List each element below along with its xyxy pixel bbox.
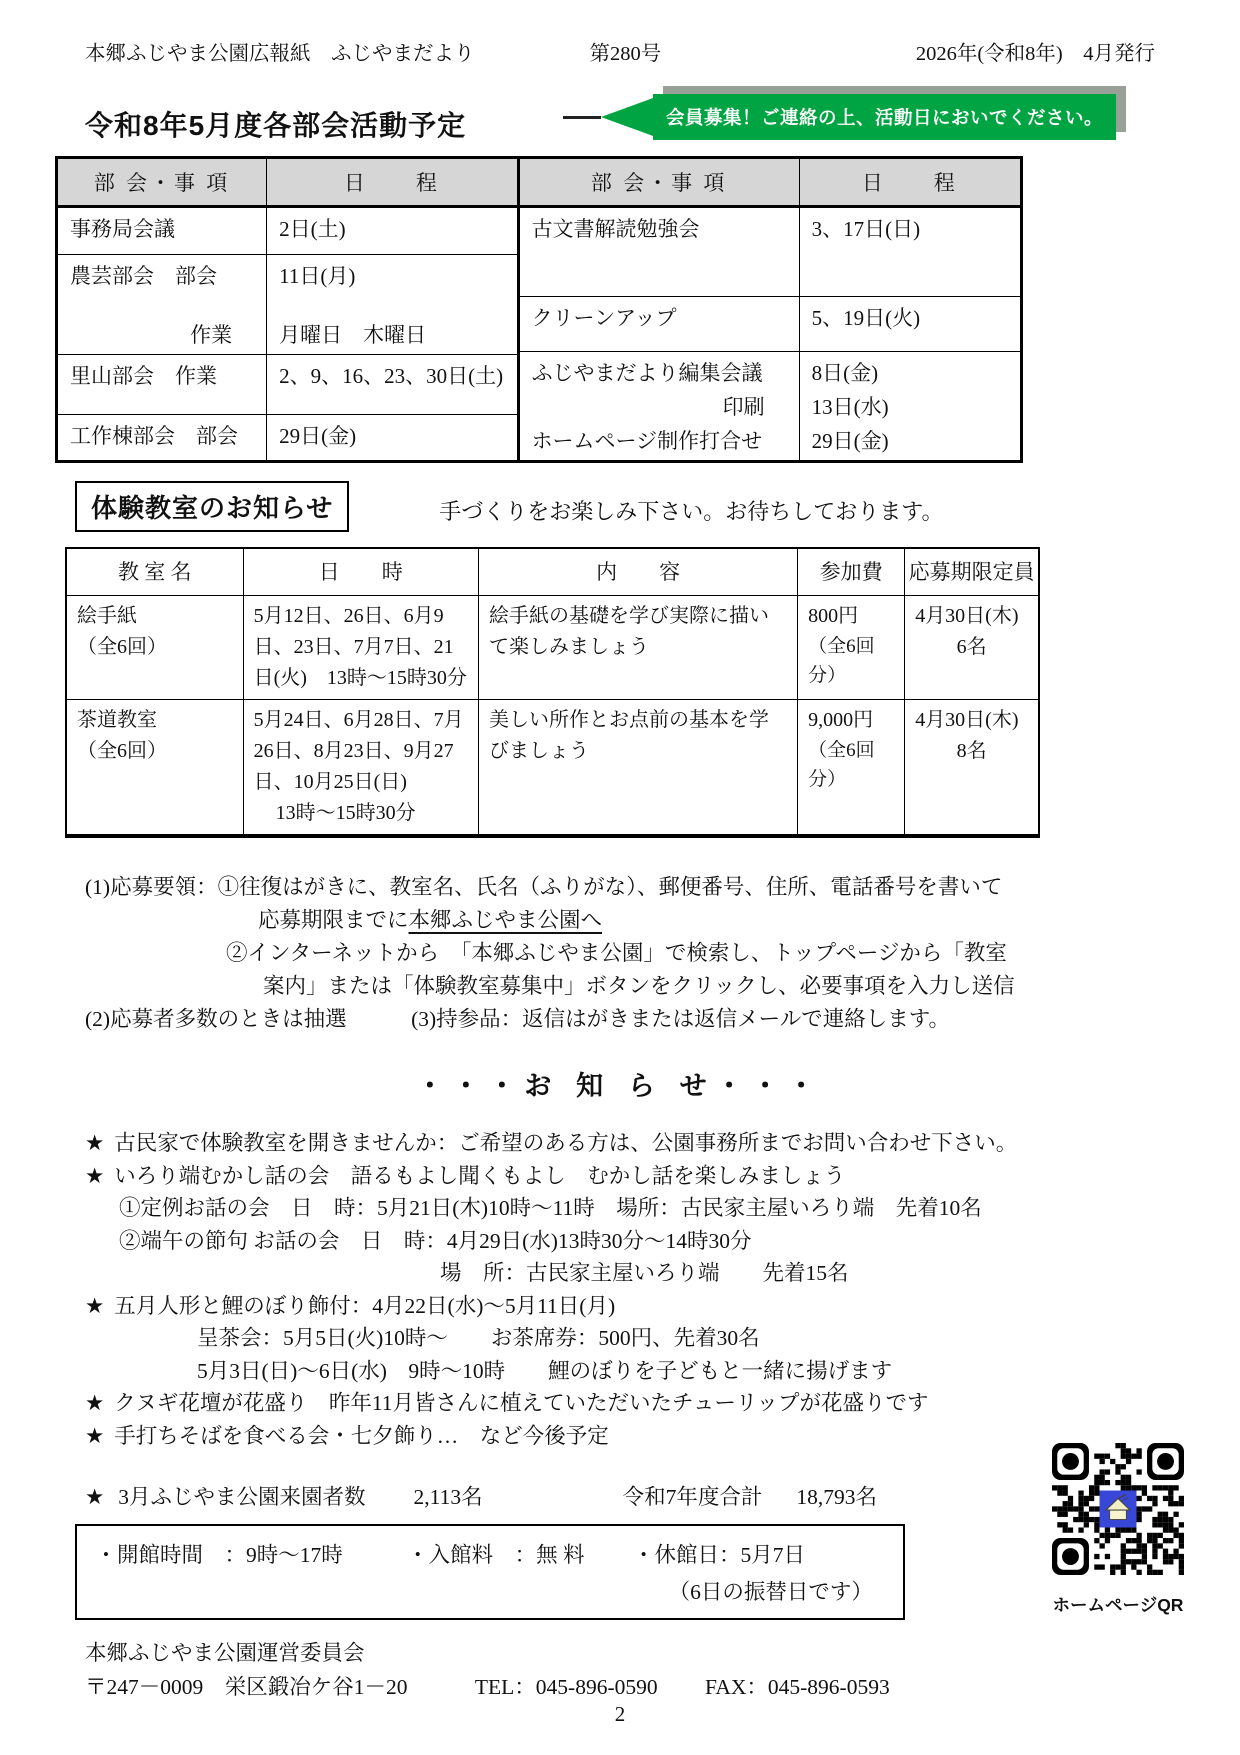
cell-line: 5月24日、6月28日、7月26日、8月23日、9月27日、10月25日(日) <box>254 705 468 798</box>
cell-class-name: 茶道教室 （全6回） <box>66 700 243 837</box>
info-sub-text: （6日の振替日です） <box>641 1575 873 1606</box>
info-text: 入館料 ：無 料 <box>429 1543 585 1567</box>
issue-date: 2026年(令和8年) 4月発行 <box>916 36 1155 66</box>
activity-table-right: 部 会・事 項 日 程 古文書解読勉強会 3、17日(日) クリーンアップ 5、… <box>517 159 1020 460</box>
cell-line: 作業 <box>70 319 254 349</box>
cell-line: 農芸部会 部会 <box>70 260 254 290</box>
column-header-item: 部 会・事 項 <box>518 159 799 207</box>
cell-club: 農芸部会 部会 作業 <box>58 255 267 355</box>
notice-item: ①定例お話の会 日 時：5月21日(木)10時～11時 場所：古民家主屋いろり端… <box>119 1192 1240 1225</box>
visitor-count: 2,113名 <box>414 1485 483 1509</box>
note-line: 応募期限までに本郷ふじやま公園へ <box>258 904 1240 937</box>
info-item-hours: •開館時間 ：9時～17時 <box>103 1538 343 1606</box>
notice-item: 5月3日(日)～6日(水) 9時～10時 鯉のぼりを子どもと一緒に揚げます <box>197 1355 1240 1388</box>
recruitment-callout: 会員募集！ご連絡の上、活動日においでください。 <box>563 94 1116 140</box>
cell-date: 29日(金) <box>267 415 517 460</box>
postal-address: 〒247－0009 栄区鍛冶ケ谷1－20 <box>85 1675 408 1699</box>
cell-class-name: 絵手紙 （全6回） <box>66 596 243 700</box>
cell-line: 8名 <box>915 736 1028 767</box>
cell-class-content: 美しい所作とお点前の基本を学びましょう <box>479 700 798 837</box>
cell-line: 8日(金) <box>812 357 1008 387</box>
cell-date: 8日(金) 13日(水) 29日(金) <box>799 352 1020 460</box>
qr-label: ホームページQR <box>1052 1592 1184 1617</box>
notice-text: いろり端むかし話の会 語るもよし聞くもよし むかし話を楽しみましょう <box>114 1164 845 1188</box>
workshop-col-content: 内 容 <box>479 548 798 596</box>
star-icon: ★ <box>85 1164 104 1188</box>
activity-section-header: 令和8年5月度各部会活動予定 会員募集！ご連絡の上、活動日においでください。 <box>85 92 1240 152</box>
cell-line: 29日(金) <box>812 425 1008 455</box>
info-item-admission: •入館料 ：無 料 <box>415 1538 585 1606</box>
cell-date: 3、17日(日) <box>799 207 1020 297</box>
workshop-table: 教 室 名 日 時 内 容 参加費 応募期限定員 絵手紙 （全6回） 5月12日… <box>65 547 1040 839</box>
workshop-col-name: 教 室 名 <box>66 548 243 596</box>
org-name: 本郷ふじやま公園運営委員会 <box>85 1636 1240 1670</box>
issue-number: 第280号 <box>590 36 662 66</box>
cell-class-fee: 9,000円 （全6回分） <box>798 700 905 837</box>
notice-item: ★いろり端むかし話の会 語るもよし聞くもよし むかし話を楽しみましょう <box>85 1160 1240 1193</box>
star-icon: ★ <box>85 1294 104 1318</box>
info-item-closed: •休館日：5月7日 （6日の振替日です） <box>641 1538 873 1606</box>
notice-item: ★古民家で体験教室を開きませんか：ご希望のある方は、公園事務所までお問い合わせ下… <box>85 1127 1240 1160</box>
notice-text: 五月人形と鯉のぼり飾付：4月22日(水)～5月11日(月) <box>114 1294 615 1318</box>
cell-line: 印刷 <box>532 391 787 421</box>
bullet-icon: • <box>103 1545 109 1564</box>
fax-number: FAX：045-896-0593 <box>705 1675 890 1699</box>
callout-arrow-icon <box>601 98 653 136</box>
cell-line: 6名 <box>915 632 1028 663</box>
notice-title: ・・・お 知 ら せ・・・ <box>0 1064 1240 1103</box>
cell-club: 里山部会 作業 <box>58 355 267 415</box>
cell-club: 古文書解読勉強会 <box>518 207 799 297</box>
park-name-underlined: 本郷ふじやま公園へ <box>409 908 603 932</box>
application-notes: (1)応募要領：①往復はがきに、教室名、氏名（ふりがな）、郵便番号、住所、電話番… <box>0 871 1240 1036</box>
cell-class-content: 絵手紙の基礎を学び実際に描いて楽しみましょう <box>479 596 798 700</box>
page-header: 本郷ふじやま公園広報紙 ふじやまだより 第280号 2026年(令和8年) 4月… <box>85 36 1155 66</box>
cell-line: （全6回分） <box>808 632 894 691</box>
footer: 本郷ふじやま公園運営委員会 〒247－0009 栄区鍛冶ケ谷1－20 TEL：0… <box>85 1636 1240 1704</box>
activity-table-left: 部 会・事 項 日 程 事務局会議 2日(土) 農芸部会 部会 作業 11日(月… <box>58 159 517 460</box>
cell-class-schedule: 5月12日、26日、6月9日、23日、7月7日、21日(火) 13時～15時30… <box>243 596 478 700</box>
info-text: 休館日：5月7日 <box>655 1543 806 1567</box>
star-icon: ★ <box>85 1391 104 1415</box>
cell-line: 800円 <box>808 601 894 632</box>
cell-line: 茶道教室 <box>77 705 233 736</box>
star-icon: ★ <box>85 1424 104 1448</box>
cell-line: 9,000円 <box>808 705 894 736</box>
cell-line: ホームページ制作打合せ <box>532 425 787 455</box>
cell-line: 月曜日 木曜日 <box>279 319 504 349</box>
cell-line: 11日(月) <box>279 260 504 290</box>
cell-class-schedule: 5月24日、6月28日、7月26日、8月23日、9月27日、10月25日(日) … <box>243 700 478 837</box>
contact-line: 〒247－0009 栄区鍛冶ケ谷1－20 TEL：045-896-0590 FA… <box>85 1670 1240 1704</box>
cell-date: 5、19日(火) <box>799 297 1020 352</box>
cell-club: クリーンアップ <box>518 297 799 352</box>
callout-text: 会員募集！ご連絡の上、活動日においでください。 <box>653 94 1116 140</box>
star-icon: ★ <box>85 1131 104 1155</box>
bullet-icon: • <box>415 1545 421 1564</box>
workshop-col-fee: 参加費 <box>798 548 905 596</box>
workshop-col-datetime: 日 時 <box>243 548 478 596</box>
cell-date: 11日(月) 月曜日 木曜日 <box>267 255 517 355</box>
note-line: 案内」または「体験教室募集中」ボタンをクリックし、必要事項を入力し送信 <box>263 970 1240 1003</box>
cell-club: ふじやまだより編集会議 印刷 ホームページ制作打合せ <box>518 352 799 460</box>
notice-list: ★古民家で体験教室を開きませんか：ご希望のある方は、公園事務所までお問い合わせ下… <box>0 1127 1240 1452</box>
cell-line: 13時～15時30分 <box>254 798 468 829</box>
column-header-item: 部 会・事 項 <box>58 159 267 207</box>
visitors-label: 3月ふじやま公園来園者数 <box>118 1485 365 1509</box>
cell-class-deadline: 4月30日(木) 6名 <box>905 596 1039 700</box>
workshop-title-box: 体験教室のお知らせ <box>75 481 349 532</box>
cell-club: 工作棟部会 部会 <box>58 415 267 460</box>
column-header-schedule: 日 程 <box>799 159 1020 207</box>
cell-line: （全6回） <box>77 632 233 663</box>
note-line: (1)応募要領：①往復はがきに、教室名、氏名（ふりがな）、郵便番号、住所、電話番… <box>85 871 1240 904</box>
visitor-total-count: 18,793名 <box>796 1485 877 1509</box>
note-line: (2)応募者多数のときは抽選 (3)持参品：返信はがきまたは返信メールで連絡しま… <box>85 1003 1240 1036</box>
qr-code <box>1052 1443 1184 1580</box>
cell-date: 2日(土) <box>267 207 517 255</box>
notice-item: ②端午の節句 お話の会 日 時：4月29日(水)13時30分～14時30分 <box>119 1225 1240 1258</box>
notice-text: 古民家で体験教室を開きませんか：ご希望のある方は、公園事務所までお問い合わせ下さ… <box>114 1131 1017 1155</box>
cell-line: ふじやまだより編集会議 <box>532 357 787 387</box>
note-line: ②インターネットから 「本郷ふじやま公園」で検索し、トップページから「教室 <box>226 937 1240 970</box>
visitors-total-label: 令和7年度合計 <box>623 1485 763 1509</box>
notice-item: ★五月人形と鯉のぼり飾付：4月22日(水)～5月11日(月) <box>85 1290 1240 1323</box>
cell-line: 絵手紙 <box>77 601 233 632</box>
cell-line: （全6回分） <box>808 736 894 795</box>
workshop-col-deadline: 応募期限定員 <box>905 548 1039 596</box>
cell-line: （全6回） <box>77 736 233 767</box>
notice-item: 場 所：古民家主屋いろり端 先着15名 <box>440 1257 1240 1290</box>
callout-connector-line <box>563 116 601 119</box>
cell-class-deadline: 4月30日(木) 8名 <box>905 700 1039 837</box>
note-text: 応募期限までに <box>258 908 409 932</box>
cell-club: 事務局会議 <box>58 207 267 255</box>
star-icon: ★ <box>85 1485 104 1509</box>
tel-number: TEL：045-896-0590 <box>475 1675 658 1699</box>
homepage-qr: ホームページQR <box>1052 1443 1184 1617</box>
notice-text: クヌギ花壇が花盛り 昨年11月皆さんに植えていただいたチューリップが花盛りです <box>114 1391 928 1415</box>
notice-item: 呈茶会：5月5日(火)10時～ お茶席券：500円、先着30名 <box>197 1322 1240 1355</box>
cell-line: 4月30日(木) <box>915 705 1028 736</box>
notice-item: ★クヌギ花壇が花盛り 昨年11月皆さんに植えていただいたチューリップが花盛りです <box>85 1387 1240 1420</box>
opening-info-box: •開館時間 ：9時～17時 •入館料 ：無 料 •休館日：5月7日 （6日の振替… <box>75 1524 905 1620</box>
column-header-schedule: 日 程 <box>267 159 517 207</box>
cell-date: 2、9、16、23、30日(土) <box>267 355 517 415</box>
bullet-icon: • <box>641 1545 647 1564</box>
cell-class-fee: 800円 （全6回分） <box>798 596 905 700</box>
notice-text: 手打ちそばを食べる会・七夕飾り… など今後予定 <box>114 1424 609 1448</box>
page-number: 2 <box>0 1702 1240 1727</box>
workshop-lead-text: 手づくりをお楽しみ下さい。お待ちしております。 <box>439 495 943 526</box>
workshop-section-header: 体験教室のお知らせ 手づくりをお楽しみ下さい。お待ちしております。 <box>75 481 1240 532</box>
newsletter-page: 本郷ふじやま公園広報紙 ふじやまだより 第280号 2026年(令和8年) 4月… <box>0 0 1240 1755</box>
cell-line: 4月30日(木) <box>915 601 1028 632</box>
info-text: 開館時間 ：9時～17時 <box>117 1543 343 1567</box>
activity-schedule-table: 部 会・事 項 日 程 事務局会議 2日(土) 農芸部会 部会 作業 11日(月… <box>55 156 1023 463</box>
cell-line: 13日(水) <box>812 391 1008 421</box>
paper-name: 本郷ふじやま公園広報紙 ふじやまだより <box>85 36 475 66</box>
